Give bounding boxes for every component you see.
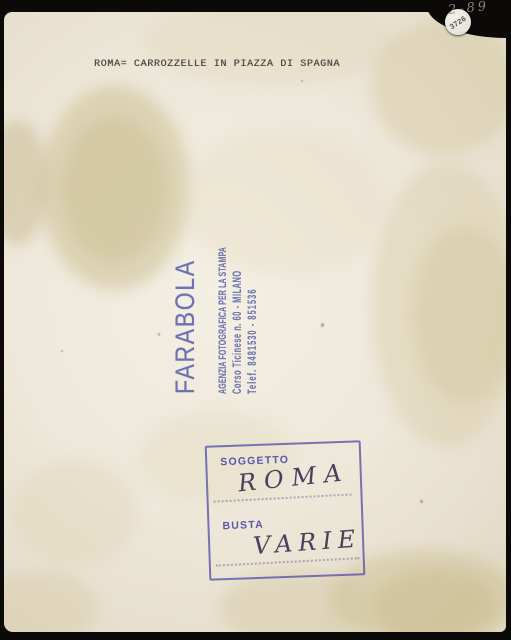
busta-handwritten-value: VARIE [252, 525, 362, 560]
agency-stamp-phone: Telef. 8481530 - 851536 [247, 289, 259, 395]
agency-stamp: FARABOLA AGENZIA FOTOGRAFICA PER LA STAM… [172, 248, 260, 394]
paper-stain [4, 570, 97, 632]
agency-stamp-address: Corso Ticinese n. 60 - MILANO [232, 270, 244, 394]
paper-speck [158, 333, 160, 336]
subject-stamp-box: SOGGETTO ROMA BUSTA VARIE [205, 440, 366, 580]
paper-stain [372, 570, 497, 632]
paper-stain [4, 120, 48, 245]
dotted-line [216, 557, 360, 567]
paper-speck [61, 350, 63, 352]
paper-stain [12, 460, 137, 565]
paper-stain [62, 117, 167, 262]
typed-caption: ROMA= CARROZZELLE IN PIAZZA DI SPAGNA [94, 59, 340, 70]
paper-speck [301, 80, 303, 82]
paper-stain [372, 20, 506, 155]
scanned-photo-back: ROMA= CARROZZELLE IN PIAZZA DI SPAGNA FA… [0, 0, 511, 640]
photo-back-paper: ROMA= CARROZZELLE IN PIAZZA DI SPAGNA FA… [4, 12, 506, 632]
dotted-line [214, 493, 352, 502]
agency-stamp-subtitle: AGENZIA FOTOGRAFICA PER LA STAMPA [217, 247, 229, 394]
paper-stain [144, 12, 394, 85]
busta-label: BUSTA [222, 519, 264, 532]
paper-speck [420, 500, 423, 503]
paper-speck [321, 323, 324, 327]
paper-stain [412, 227, 506, 402]
agency-stamp-name: FARABOLA [170, 259, 201, 394]
